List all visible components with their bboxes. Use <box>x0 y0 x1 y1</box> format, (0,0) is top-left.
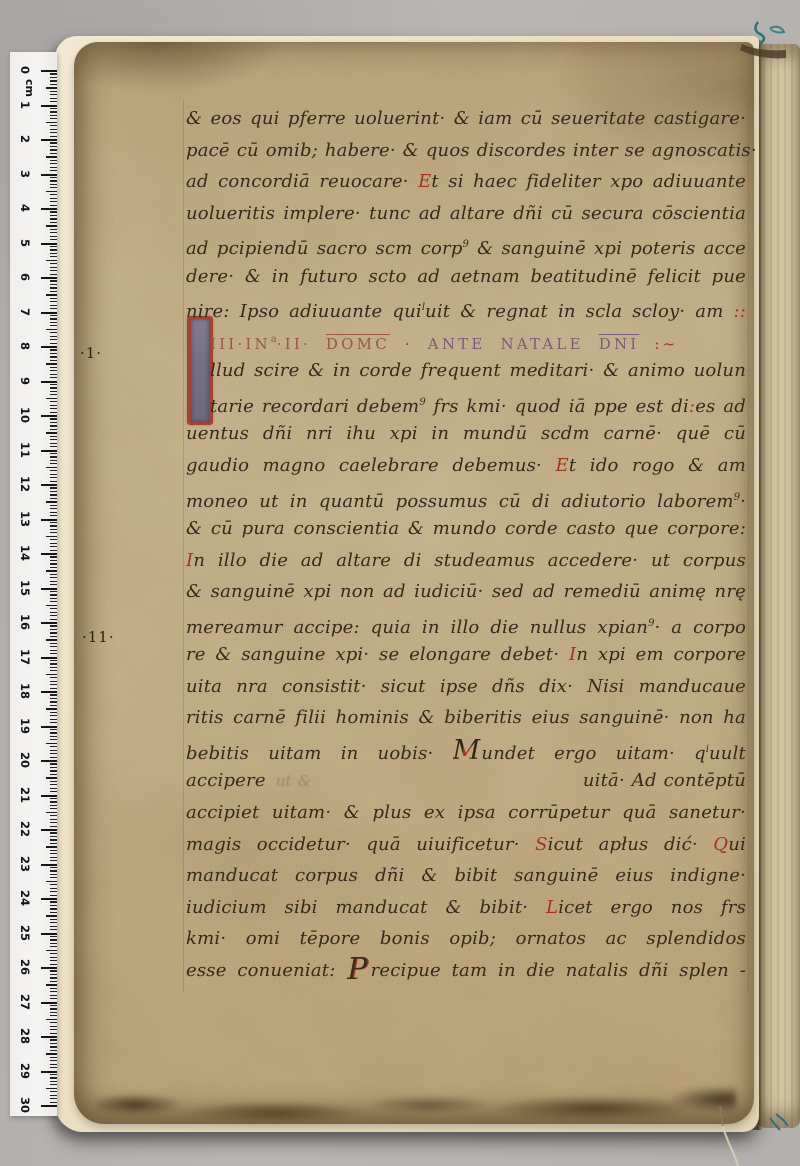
cm-tick <box>41 1071 57 1073</box>
mm-tick <box>50 274 57 275</box>
cm-tick <box>41 139 57 141</box>
mm-tick <box>50 853 57 854</box>
mm-tick <box>50 788 57 789</box>
ruling-line-right <box>748 100 749 992</box>
mm-tick <box>50 1064 57 1065</box>
mm-tick <box>50 456 57 457</box>
mm-tick <box>50 356 57 357</box>
mm-tick <box>50 256 57 257</box>
text-run: nire: Ipso adiuuante qui <box>186 301 422 322</box>
cm-tick <box>41 174 57 176</box>
mm-tick <box>50 384 57 385</box>
mm-tick <box>50 163 57 164</box>
mm-tick <box>50 753 57 754</box>
ruler-number: 13 <box>18 507 32 531</box>
cm-tick <box>41 243 57 245</box>
mm-tick <box>50 888 57 889</box>
text-run: frs kmi· quod iā ppe est di <box>426 396 689 417</box>
mm-tick <box>50 1091 57 1092</box>
text-run: es ad <box>695 396 746 417</box>
ruler-number: 5 <box>18 231 32 255</box>
text-line: pacē cū omib; habere· & quos discordes i… <box>186 135 746 167</box>
text-run: tarie recordari debem <box>210 396 419 417</box>
half-cm-tick <box>46 605 57 607</box>
cm-tick <box>41 519 57 521</box>
cm-tick <box>41 726 57 728</box>
cm-tick <box>41 105 57 107</box>
mm-tick <box>50 132 57 133</box>
mm-tick <box>50 1046 57 1047</box>
mm-tick <box>50 222 57 223</box>
mm-tick <box>50 632 57 633</box>
next-page-edge <box>756 44 800 1128</box>
half-cm-tick <box>46 570 57 572</box>
mm-tick <box>50 111 57 112</box>
mm-tick <box>50 884 57 885</box>
cm-tick <box>41 553 57 555</box>
mm-tick <box>50 115 57 116</box>
mm-tick <box>50 436 57 437</box>
cm-tick <box>41 381 57 383</box>
text-run: · a corpo <box>654 617 746 638</box>
mm-tick <box>50 653 57 654</box>
mm-tick <box>50 977 57 978</box>
mm-tick <box>50 401 57 402</box>
mm-tick <box>50 805 57 806</box>
mm-tick <box>50 960 57 961</box>
mm-tick <box>50 543 57 544</box>
mm-tick <box>50 822 57 823</box>
mm-tick <box>50 1043 57 1044</box>
mm-tick <box>50 343 57 344</box>
mm-tick <box>50 1074 57 1075</box>
text-line: & cū pura conscientia & mundo corde cast… <box>186 513 746 545</box>
mm-tick <box>50 670 57 671</box>
mm-tick <box>50 412 57 413</box>
mm-tick <box>50 98 57 99</box>
mm-tick <box>50 694 57 695</box>
half-cm-tick <box>46 708 57 710</box>
mm-tick <box>50 784 57 785</box>
text-run: E <box>555 455 568 476</box>
text-line: kmi· omi tēpore bonis opib; ornatos ac s… <box>186 923 746 955</box>
mm-tick <box>50 732 57 733</box>
mm-tick <box>50 629 57 630</box>
ruler-number: 18 <box>18 679 32 703</box>
mm-tick <box>50 325 57 326</box>
half-cm-tick <box>46 501 57 503</box>
mm-tick <box>50 394 57 395</box>
mm-tick <box>50 301 57 302</box>
mm-tick <box>50 550 57 551</box>
text-line: ad concordiā reuocare· Et si haec fideli… <box>186 166 746 198</box>
mm-tick <box>50 360 57 361</box>
mm-tick <box>50 287 57 288</box>
text-line: dere· & in futuro scto ad aetnam beatitu… <box>186 261 746 293</box>
text-run: & cū pura conscientia & mundo corde cast… <box>186 518 746 539</box>
text-run: Q <box>713 834 728 855</box>
ruler-number: 14 <box>18 541 32 565</box>
mm-tick <box>50 180 57 181</box>
ruler-number: 27 <box>18 990 32 1014</box>
mm-tick <box>50 149 57 150</box>
text-line: magis occidetur· quā uiuificetur· Sicut … <box>186 829 746 861</box>
mm-tick <box>50 1033 57 1034</box>
ruler-number: 0 <box>18 58 32 82</box>
mm-tick <box>50 129 57 130</box>
text-line: accipereut &uitā· Ad contēptū <box>186 765 746 797</box>
mm-tick <box>50 270 57 271</box>
mm-tick <box>50 80 57 81</box>
mm-tick <box>50 418 57 419</box>
cm-tick <box>41 588 57 590</box>
text-run: uentus dñi nri ihu xpi in mundū scdm car… <box>186 423 746 444</box>
mm-tick <box>50 367 57 368</box>
mm-tick <box>50 532 57 533</box>
half-cm-tick <box>46 294 57 296</box>
mm-tick <box>50 719 57 720</box>
ruler-number: 12 <box>18 472 32 496</box>
text-line: ritis carnē filii hominis & biberitis ei… <box>186 702 746 734</box>
mm-tick <box>50 291 57 292</box>
mm-tick <box>50 867 57 868</box>
mm-tick <box>50 908 57 909</box>
text-run: icut apłus dić· <box>548 834 714 855</box>
mm-tick <box>50 574 57 575</box>
mm-tick <box>50 619 57 620</box>
text-run: :: <box>723 301 746 322</box>
ruler-number: 19 <box>18 714 32 738</box>
mm-tick <box>50 922 57 923</box>
mm-tick <box>50 839 57 840</box>
cm-tick <box>41 484 57 486</box>
text-run: :~ <box>654 335 678 353</box>
ruler-number: 6 <box>18 265 32 289</box>
text-run: t ido rogo & am <box>569 455 746 476</box>
text-run: ui <box>728 834 746 855</box>
text-run: E <box>418 171 431 192</box>
cm-tick <box>41 967 57 969</box>
text-run: manducat corpus dñi & bibit sanguinē eiu… <box>186 865 746 886</box>
mm-tick <box>50 591 57 592</box>
mm-tick <box>50 660 57 661</box>
text-run: DNI <box>599 335 640 353</box>
text-run: & sanguinē xpi poteris acce <box>469 238 746 259</box>
text-run: S <box>535 834 548 855</box>
mm-tick <box>50 919 57 920</box>
mm-tick <box>50 929 57 930</box>
half-cm-tick <box>46 743 57 745</box>
text-line: ad pcipiendū sacro scm corp9 & sanguinē … <box>186 229 746 261</box>
ruler-number: 23 <box>18 852 32 876</box>
mm-tick <box>50 170 57 171</box>
mm-tick <box>50 318 57 319</box>
mm-tick <box>50 125 57 126</box>
mm-tick <box>50 936 57 937</box>
text-run: L <box>546 897 558 918</box>
mm-tick <box>50 832 57 833</box>
text-run: uult <box>709 743 746 764</box>
text-line: In illo die ad altare di studeamus acced… <box>186 545 746 577</box>
ruler-number: 1 <box>18 93 32 117</box>
mm-tick <box>50 201 57 202</box>
mm-tick <box>50 460 57 461</box>
text-run: moneo ut in quantū possumus cū di adiuto… <box>186 491 734 512</box>
text-line: tarie recordari debem9 frs kmi· quod iā … <box>186 387 746 419</box>
mm-tick <box>50 498 57 499</box>
mm-tick <box>50 891 57 892</box>
text-run: ad concordiā reuocare· <box>186 171 418 192</box>
text-run: mereamur accipe: quia in illo die nullus… <box>186 617 648 638</box>
bottom-edge-stain <box>96 1076 736 1128</box>
half-cm-tick <box>46 363 57 365</box>
mm-tick <box>50 729 57 730</box>
mm-tick <box>50 298 57 299</box>
text-run: ANTE NATALE <box>428 335 599 353</box>
mm-tick <box>50 1098 57 1099</box>
mm-tick <box>50 422 57 423</box>
mm-tick <box>50 315 57 316</box>
half-cm-tick <box>46 398 57 400</box>
text-line: & sanguinē xpi non ad iudiciū· sed ad re… <box>186 576 746 608</box>
ruling-line-left <box>183 100 184 992</box>
mm-tick <box>50 581 57 582</box>
mm-tick <box>50 615 57 616</box>
half-cm-tick <box>46 225 57 227</box>
half-cm-tick <box>46 432 57 434</box>
mm-tick <box>50 253 57 254</box>
mm-tick <box>50 1039 57 1040</box>
ruler-number: 24 <box>18 886 32 910</box>
mm-tick <box>50 701 57 702</box>
text-run: t si haec fideliter xpo adiuuante <box>431 171 746 192</box>
mm-tick <box>50 663 57 664</box>
mm-tick <box>50 160 57 161</box>
text-run: M <box>453 735 482 766</box>
ruler-number: 22 <box>18 817 32 841</box>
mm-tick <box>50 1050 57 1051</box>
mm-tick <box>50 988 57 989</box>
mm-tick <box>50 757 57 758</box>
mm-tick <box>50 1102 57 1103</box>
half-cm-tick <box>46 639 57 641</box>
mm-tick <box>50 77 57 78</box>
cm-tick <box>41 691 57 693</box>
mm-tick <box>50 508 57 509</box>
mm-tick <box>50 722 57 723</box>
cm-tick <box>41 415 57 417</box>
mm-tick <box>50 1057 57 1058</box>
mm-tick <box>50 522 57 523</box>
mm-tick <box>50 860 57 861</box>
text-block: & eos qui pferre uoluerint· & iam cū seu… <box>186 103 746 986</box>
text-run: ritis carnē filii hominis & biberitis ei… <box>186 707 746 728</box>
ruler-number: 29 <box>18 1059 32 1083</box>
half-cm-tick <box>46 536 57 538</box>
cm-tick <box>41 312 57 314</box>
half-cm-tick <box>46 846 57 848</box>
mm-tick <box>50 429 57 430</box>
mm-tick <box>50 608 57 609</box>
margin-mark-2: ·11· <box>82 628 115 646</box>
mm-tick <box>50 953 57 954</box>
text-run: n xpi em corpore <box>576 644 746 665</box>
cm-tick <box>41 657 57 659</box>
text-run: recipue tam in die natalis dñi splen - <box>371 960 746 981</box>
mm-tick <box>50 836 57 837</box>
text-line: mereamur accipe: quia in illo die nullus… <box>186 608 746 640</box>
mm-tick <box>50 739 57 740</box>
mm-tick <box>50 964 57 965</box>
mm-tick <box>50 801 57 802</box>
text-run: llud scire & in corde frequent meditari·… <box>210 360 746 381</box>
mm-tick <box>50 750 57 751</box>
text-run: DOMC <box>326 335 390 353</box>
mm-tick <box>50 843 57 844</box>
mm-tick <box>50 1005 57 1006</box>
half-cm-tick <box>46 950 57 952</box>
mm-tick <box>50 808 57 809</box>
mm-tick <box>50 177 57 178</box>
mm-tick <box>50 142 57 143</box>
mm-tick <box>50 826 57 827</box>
mm-tick <box>50 1077 57 1078</box>
mm-tick <box>50 819 57 820</box>
mm-tick <box>50 249 57 250</box>
mm-tick <box>50 494 57 495</box>
mm-tick <box>50 515 57 516</box>
mm-tick <box>50 73 57 74</box>
text-run: & sanguinē xpi non ad iudiciū· sed ad re… <box>186 581 746 602</box>
mm-tick <box>50 895 57 896</box>
ruler-number: 30 <box>18 1093 32 1117</box>
mm-tick <box>50 405 57 406</box>
text-run: ad pcipiendū sacro scm corp <box>186 238 463 259</box>
mm-tick <box>50 470 57 471</box>
mm-tick <box>50 991 57 992</box>
text-line: re & sanguine xpi· se elongare debet· In… <box>186 639 746 671</box>
ruler-number: 4 <box>18 196 32 220</box>
ruler-number: 7 <box>18 300 32 324</box>
cm-tick <box>41 277 57 279</box>
text-run: esse conueniat: <box>186 960 346 981</box>
mm-tick <box>50 232 57 233</box>
mm-tick <box>50 539 57 540</box>
mm-tick <box>50 636 57 637</box>
text-run: uolueritis implere· tunc ad altare dñi c… <box>186 203 746 224</box>
text-run: pacē cū omib; habere· & quos discordes i… <box>186 140 757 161</box>
half-cm-tick <box>46 191 57 193</box>
ruler-number: 17 <box>18 645 32 669</box>
text-line: accipiet uitam· & plus ex ipsa corrūpetu… <box>186 797 746 829</box>
mm-tick <box>50 870 57 871</box>
margin-mark-1: ·1· <box>80 344 102 362</box>
mm-tick <box>50 681 57 682</box>
text-run: bebitis uitam in uobis· <box>186 743 453 764</box>
half-cm-tick <box>46 881 57 883</box>
mm-tick <box>50 763 57 764</box>
mm-tick <box>50 474 57 475</box>
text-run: · <box>390 335 428 353</box>
mm-tick <box>50 267 57 268</box>
cm-tick <box>41 1105 57 1107</box>
half-cm-tick <box>46 467 57 469</box>
mm-tick <box>50 308 57 309</box>
mm-tick <box>50 1060 57 1061</box>
ruler-number: 25 <box>18 921 32 945</box>
text-run: & eos qui pferre uoluerint· & iam cū seu… <box>186 108 746 129</box>
mm-tick <box>50 322 57 323</box>
half-cm-tick <box>46 777 57 779</box>
mm-tick <box>50 525 57 526</box>
text-run: accipere <box>186 765 266 797</box>
ruler-number: 15 <box>18 576 32 600</box>
mm-tick <box>50 560 57 561</box>
mm-tick <box>50 167 57 168</box>
mm-tick <box>50 198 57 199</box>
text-run: III·IN <box>210 335 271 353</box>
mm-tick <box>50 698 57 699</box>
ruler: cm 0123456789101112131415161718192021222… <box>10 52 57 1116</box>
mm-tick <box>50 529 57 530</box>
text-line: manducat corpus dñi & bibit sanguinē eiu… <box>186 860 746 892</box>
mm-tick <box>50 677 57 678</box>
mm-tick <box>50 774 57 775</box>
mm-tick <box>50 94 57 95</box>
mm-tick <box>50 305 57 306</box>
mm-tick <box>50 798 57 799</box>
mm-tick <box>50 505 57 506</box>
mm-tick <box>50 118 57 119</box>
mm-tick <box>50 477 57 478</box>
half-cm-tick <box>46 260 57 262</box>
mm-tick <box>50 387 57 388</box>
text-run: re & sanguine xpi· se elongare debet· <box>186 644 569 665</box>
mm-tick <box>50 263 57 264</box>
mm-tick <box>50 594 57 595</box>
mm-tick <box>50 280 57 281</box>
ruler-number: 11 <box>18 438 32 462</box>
mm-tick <box>50 705 57 706</box>
mm-tick <box>50 487 57 488</box>
mm-tick <box>50 556 57 557</box>
mm-tick <box>50 974 57 975</box>
mm-tick <box>50 770 57 771</box>
mm-tick <box>50 370 57 371</box>
mm-tick <box>50 353 57 354</box>
mm-tick <box>50 939 57 940</box>
text-run: undet ergo uitam· q <box>481 743 705 764</box>
mm-tick <box>50 211 57 212</box>
text-run: · <box>740 491 746 512</box>
half-cm-tick <box>46 1088 57 1090</box>
text-run: iudicium sibi manducat & bibit· <box>186 897 546 918</box>
mm-tick <box>50 463 57 464</box>
half-cm-tick <box>46 156 57 158</box>
text-run: uitā· Ad contēptū <box>583 765 746 797</box>
mm-tick <box>50 746 57 747</box>
mm-tick <box>50 374 57 375</box>
mm-tick <box>50 336 57 337</box>
mm-tick <box>50 391 57 392</box>
text-run: uit & regnat in scla scloy· am <box>425 301 723 322</box>
text-run: ut & <box>276 766 312 798</box>
ruler-number: 10 <box>18 403 32 427</box>
rubric-line: III·INa·II· DOMC · ANTE NATALE DNI :~ <box>186 324 746 356</box>
mm-tick <box>50 236 57 237</box>
mm-tick <box>50 905 57 906</box>
mm-tick <box>50 239 57 240</box>
